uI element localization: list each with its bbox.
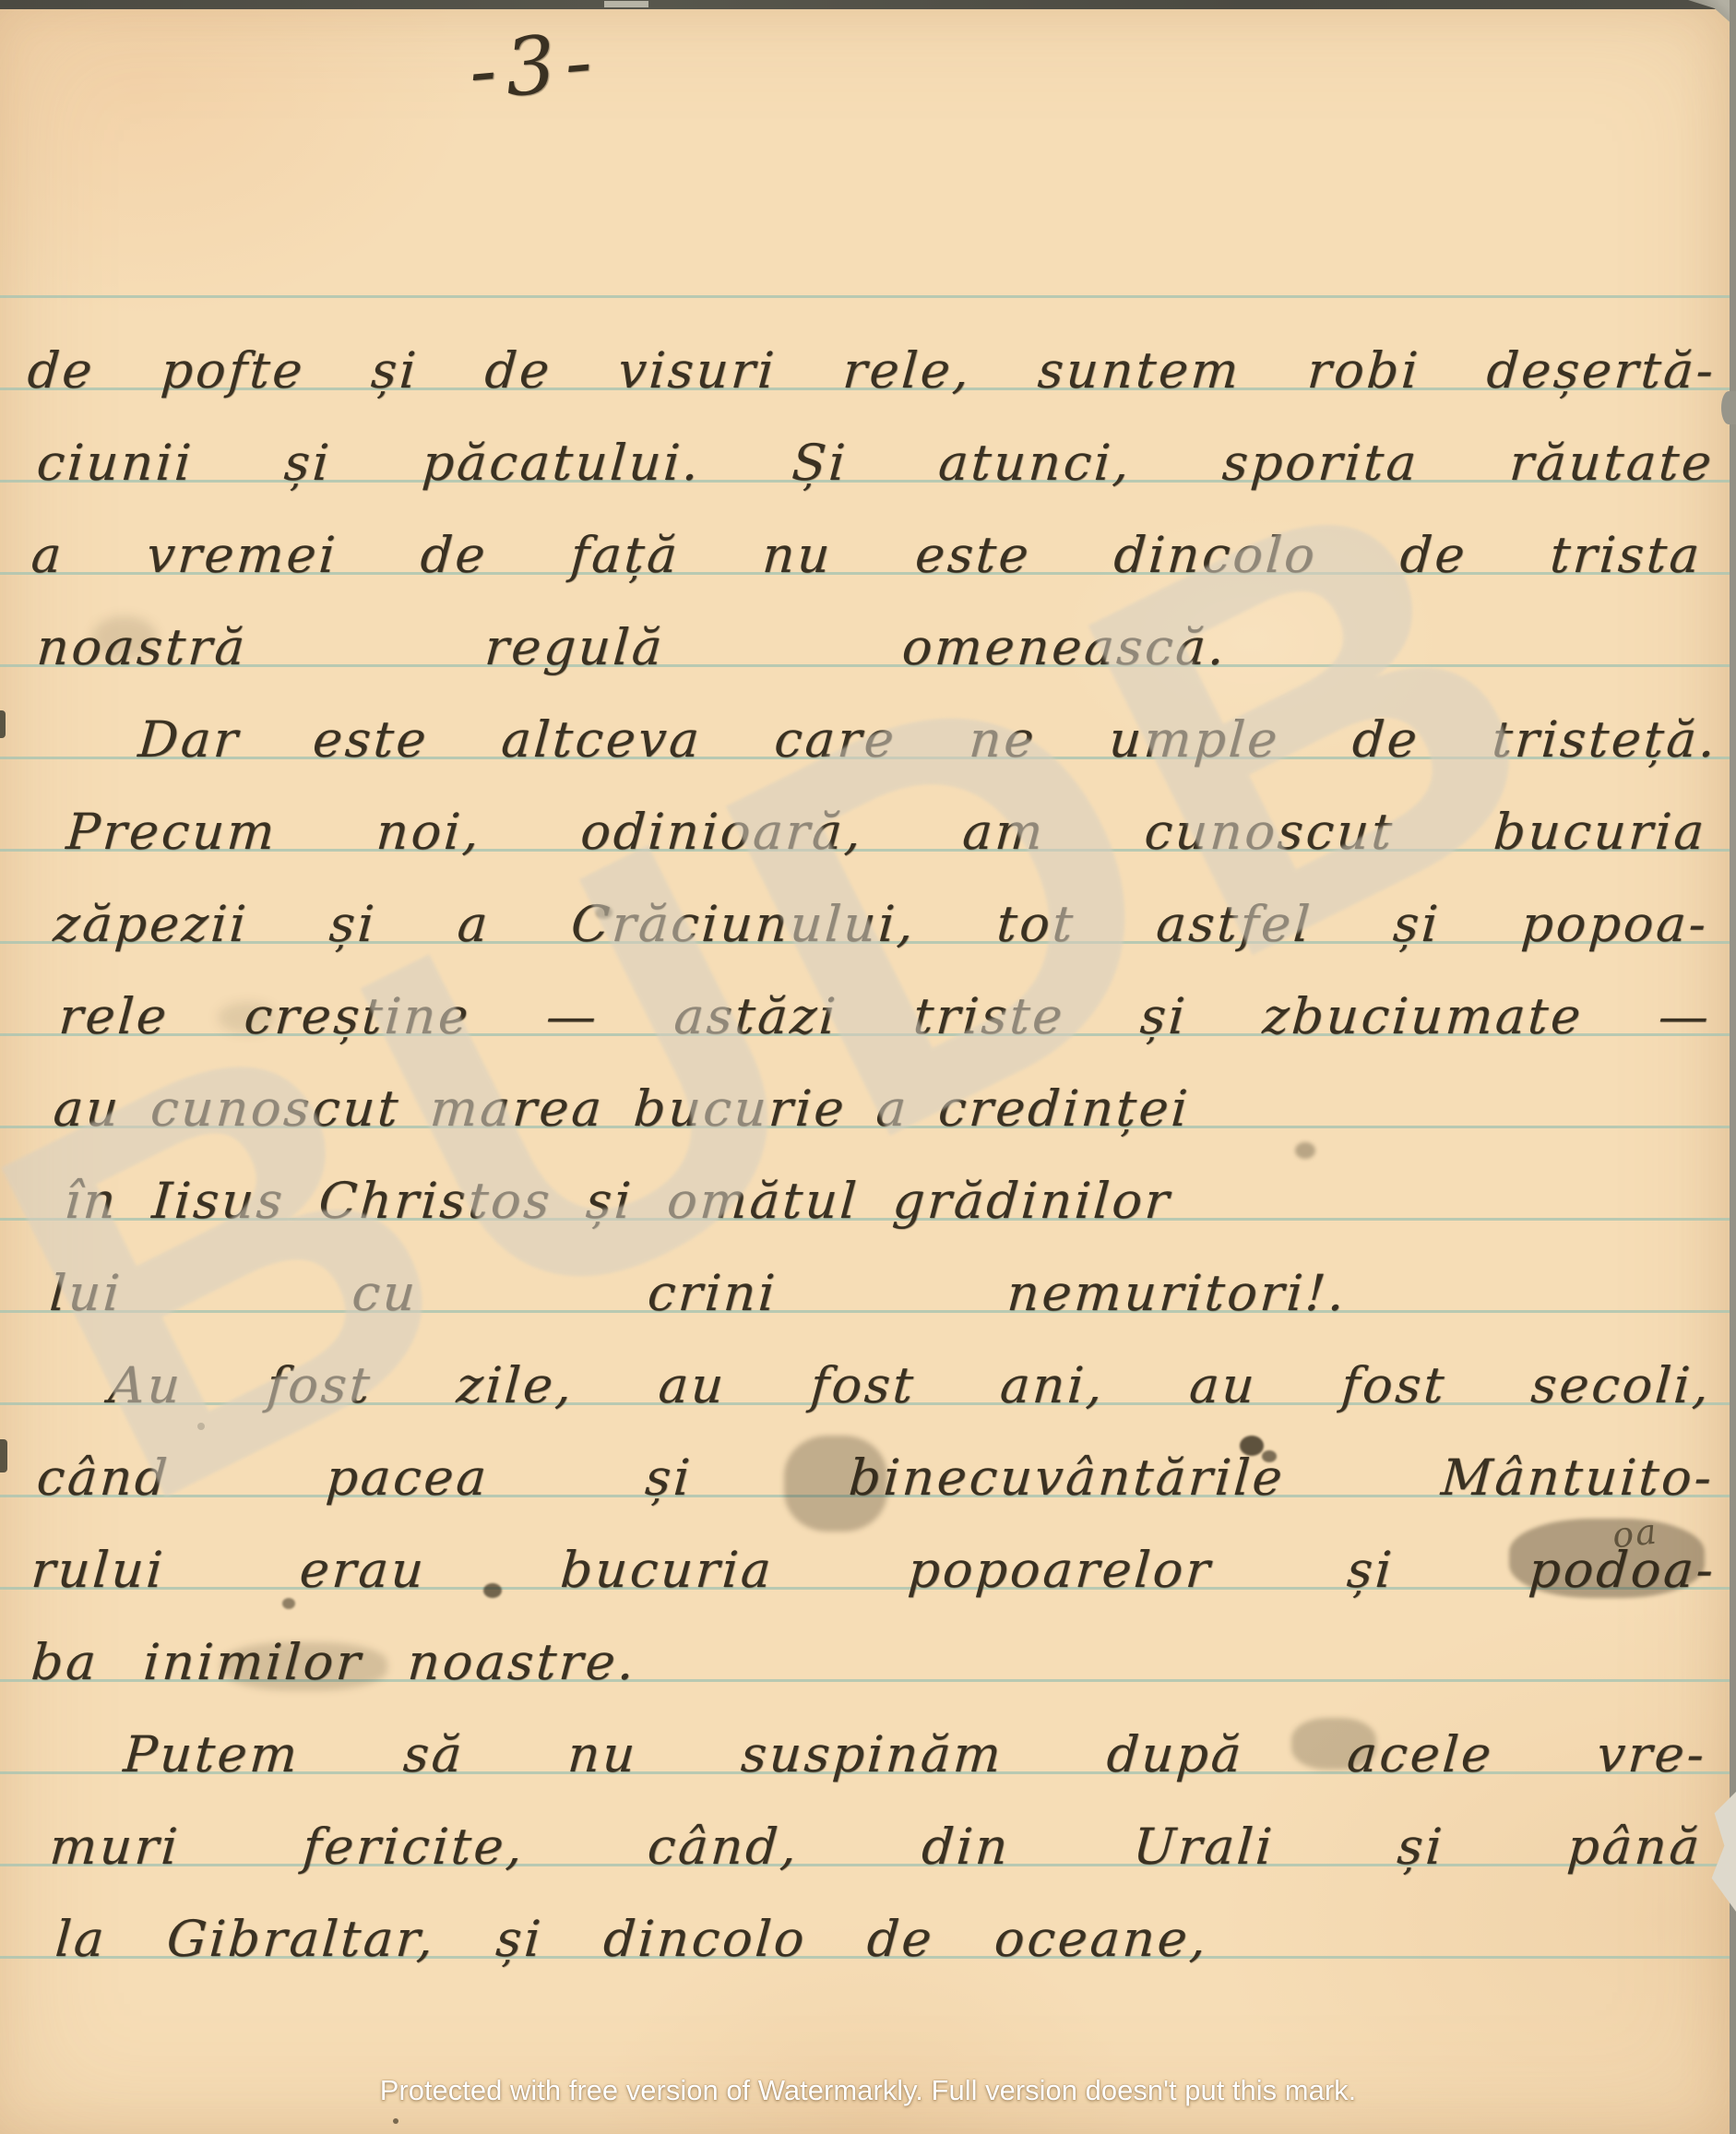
ink-blot	[1295, 1142, 1315, 1159]
manuscript-line: de pofte și de visuri rele, suntem robi …	[25, 328, 1718, 413]
manuscript-line: muri fericite, când, din Urali și până	[47, 1805, 1705, 1890]
manuscript-line: în Iisus Christos și omătul grădinilor	[62, 1159, 1174, 1244]
manuscript-line: Au fost zile, au fost ani, au fost secol…	[106, 1343, 1714, 1428]
manuscript-line: rele creștine — astăzi triste și zbucium…	[56, 974, 1714, 1059]
manuscript-line: ba inimilor noastre.	[29, 1620, 639, 1705]
manuscript-line: Precum noi, odinioară, am cunoscut bucur…	[64, 790, 1709, 875]
manuscript-line: lui cu crini nemuritori!.	[47, 1251, 1350, 1336]
manuscript-line: la Gibraltar, și dincolo de oceane,	[53, 1897, 1211, 1982]
page-number: -3-	[430, 12, 640, 122]
manuscript-line: ciunii și păcatului. Și atunci, sporita …	[34, 421, 1717, 506]
scan-edge-left-mark	[0, 1439, 7, 1472]
ink-blot	[393, 2118, 398, 2124]
scanned-page: -3- de pofte și de visuri rele, suntem r…	[0, 0, 1736, 2134]
superscript-correction: oa	[1611, 1511, 1660, 1556]
manuscript-line: noastră regulă omenească.	[34, 605, 1230, 690]
ruled-line	[0, 295, 1736, 298]
manuscript-line: rului erau bucuria popoarelor și podoa-	[29, 1528, 1718, 1613]
paper-nick-right	[1721, 391, 1736, 424]
manuscript-line: când pacea și binecuvântările Mântuito-	[34, 1436, 1717, 1520]
manuscript-line: au cunoscut marea bucurie a credinței	[51, 1067, 1193, 1151]
paper-tear-right	[1708, 1792, 1736, 1912]
watermark-footer-notice: Protected with free version of Watermark…	[0, 2074, 1736, 2107]
manuscript-line: Putem să nu suspinăm după acele vre-	[121, 1712, 1709, 1797]
scan-edge-left-mark	[0, 710, 6, 738]
scan-edge-top	[0, 0, 1736, 9]
manuscript-line: zăpezii și a Crăciunului, tot astfel și …	[51, 882, 1711, 967]
scan-edge-top-notch	[604, 1, 648, 7]
manuscript-line: a vremei de față nu este dincolo de tris…	[29, 513, 1705, 598]
manuscript-line: Dar este altceva care ne umple de triste…	[136, 697, 1720, 782]
